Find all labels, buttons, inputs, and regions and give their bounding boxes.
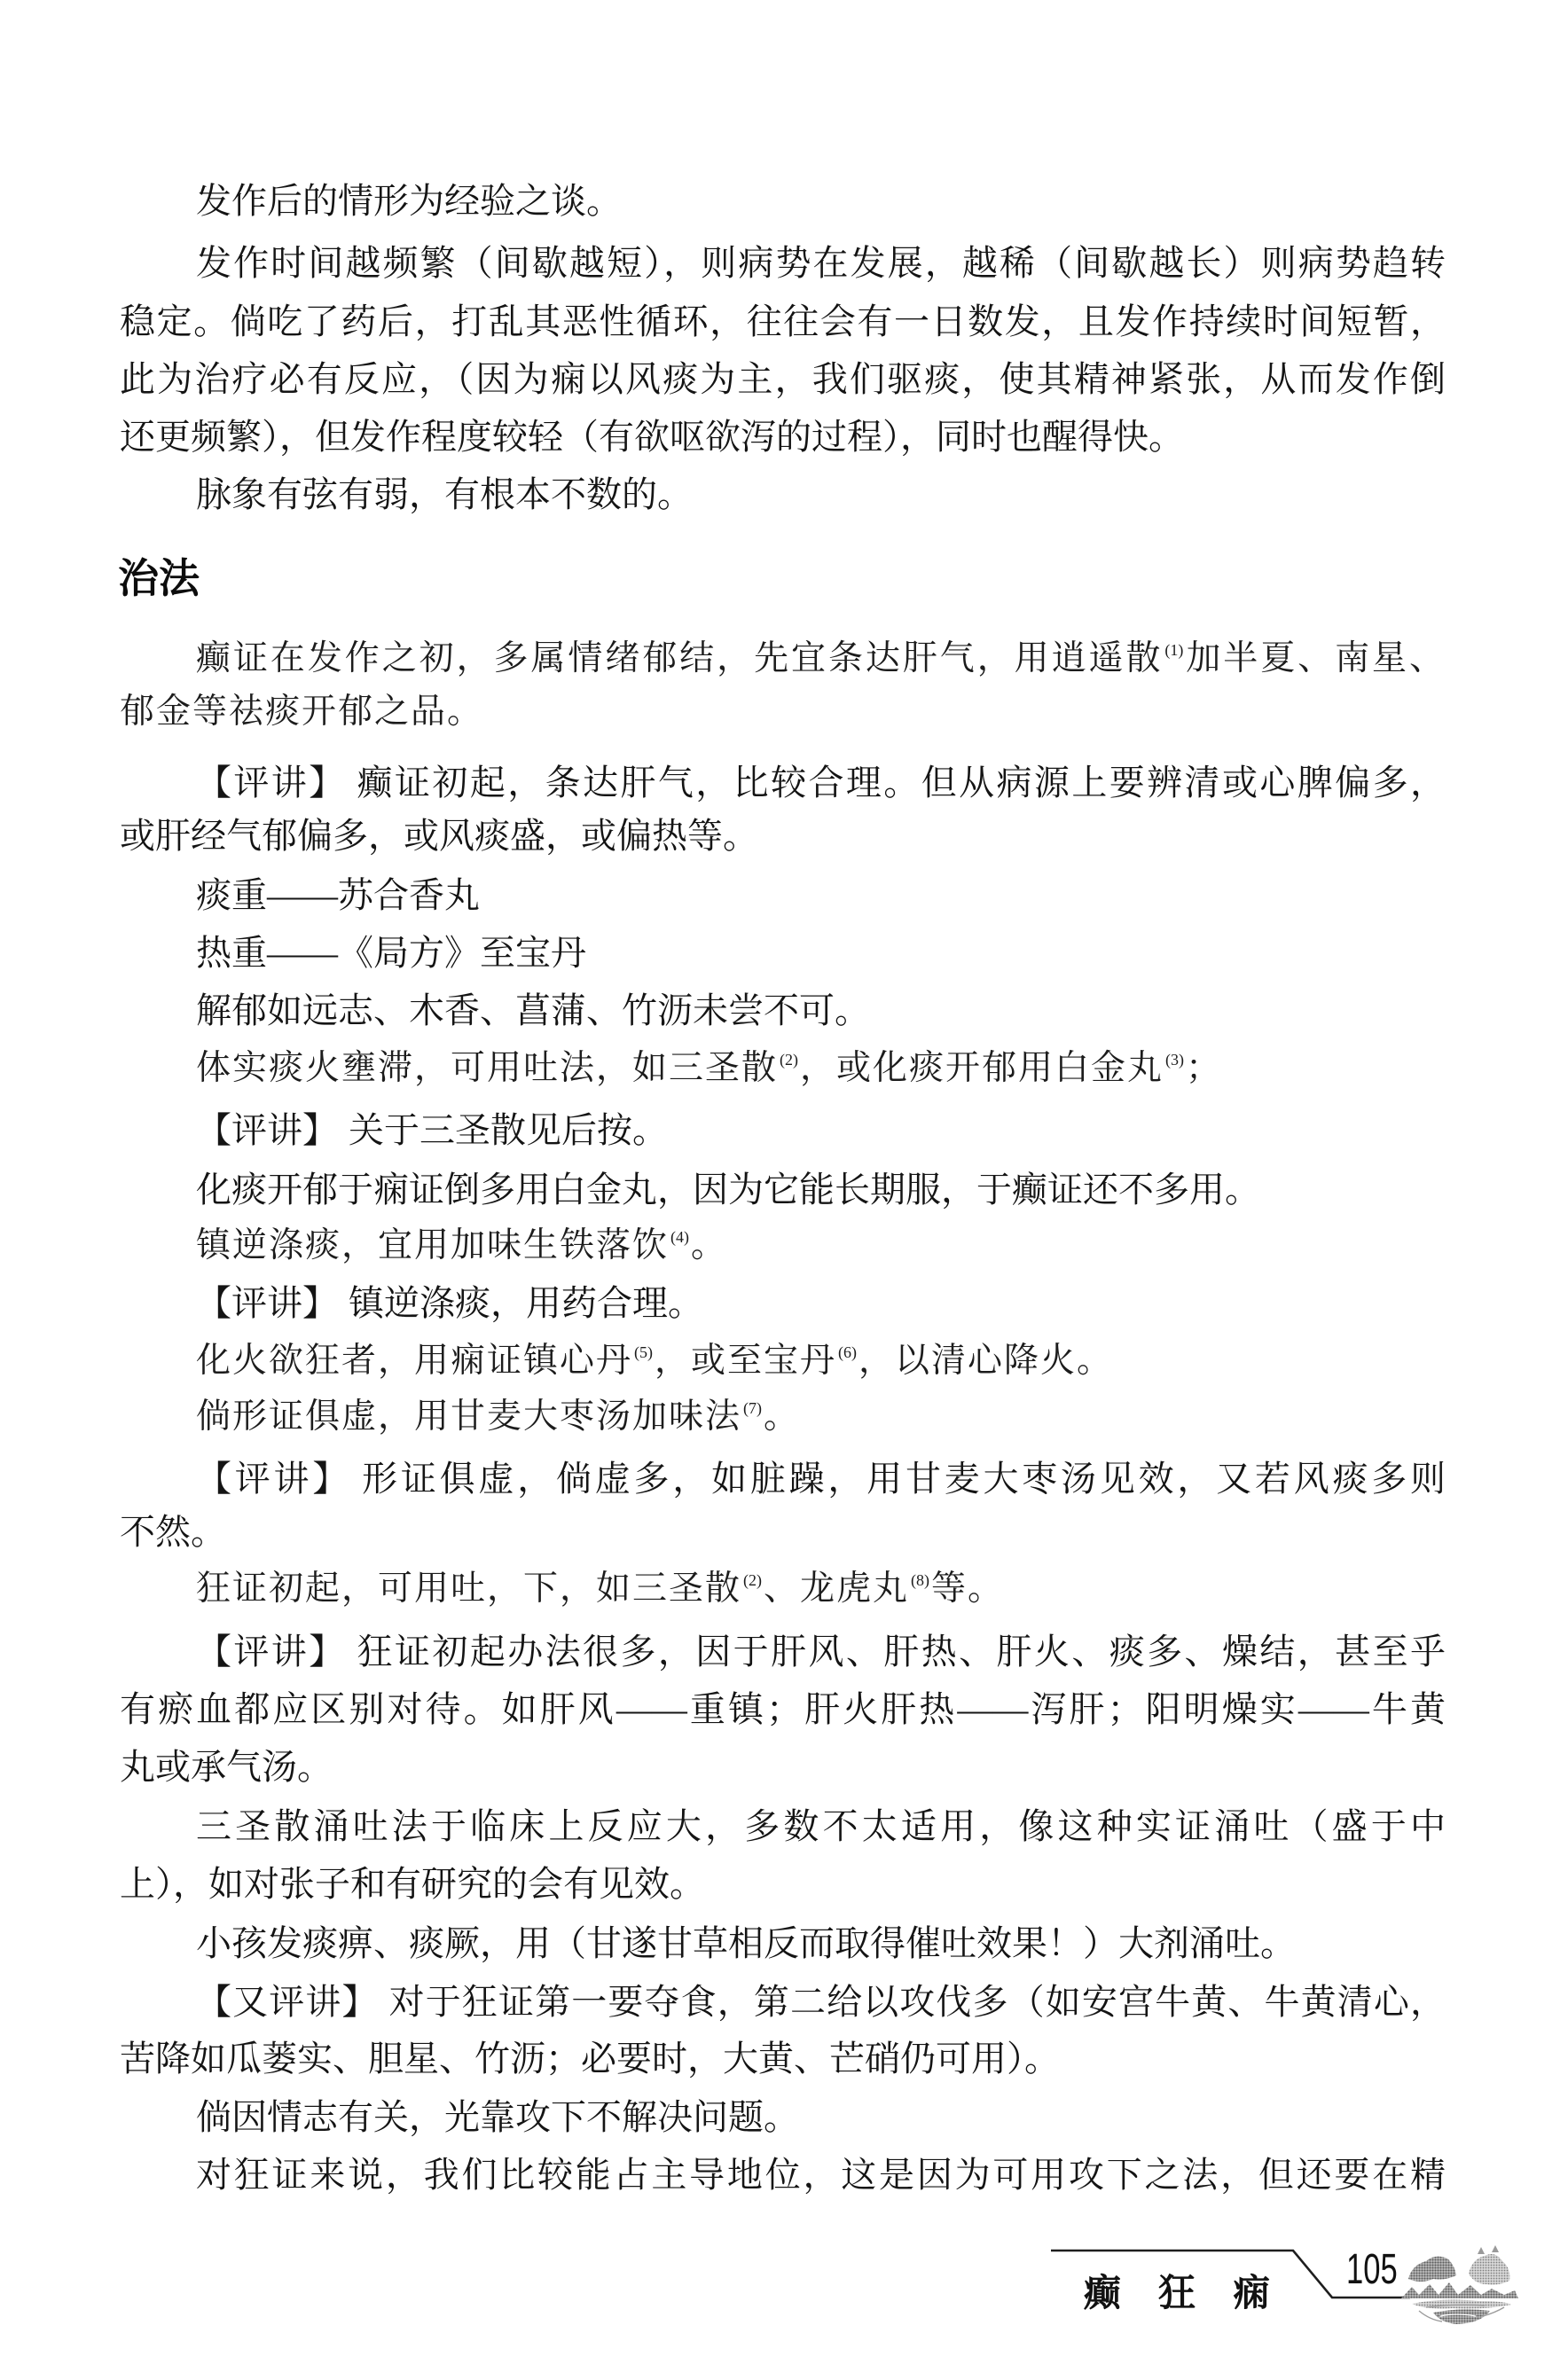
line-text: 三圣散涌吐法于临床上反应大，多数不太适用，像这种实证涌吐（盛于中 xyxy=(196,1806,1446,1846)
quoted-text-line: 体实痰火壅滞，可用吐法，如三圣散(2)，或化痰开郁用白金丸(3)； xyxy=(120,1042,1446,1095)
line-text: 稳定。倘吃了药后，打乱其恶性循环，往往会有一日数发，且发作持续时间短暂， xyxy=(120,301,1446,341)
line-text: 郁金等祛痰开郁之品。 xyxy=(120,692,483,732)
line-text: 不然。 xyxy=(120,1512,226,1552)
text-line: 发作后的情形为经验之谈。 xyxy=(120,175,1446,228)
comment-label: 【评讲】 xyxy=(196,1110,338,1150)
line-text: 倘因情志有关，光靠攻下不解决问题。 xyxy=(196,2097,799,2137)
footnote-ref[interactable]: (7) xyxy=(743,1399,762,1417)
footnote-ref[interactable]: (5) xyxy=(634,1343,653,1361)
comment-line: 【评讲】镇逆涤痰，用药合理。 xyxy=(120,1277,1446,1330)
line-text: ； xyxy=(1186,1048,1222,1088)
comment-line: 【评讲】关于三圣散见后按。 xyxy=(120,1104,1446,1157)
line-text: 脉象有弦有弱，有根本不数的。 xyxy=(196,474,693,514)
line-text: 化痰开郁于痫证倒多用白金丸，因为它能长期服，于癫证还不多用。 xyxy=(196,1170,1260,1210)
line-text: 狂证初起，可用吐，下，如三圣散 xyxy=(196,1569,741,1609)
line-text: ，以清心降火。 xyxy=(858,1341,1113,1381)
text-line: 丸或承气汤。 xyxy=(120,1741,1446,1794)
section-heading: 治法 xyxy=(118,552,200,605)
text-line: 解郁如远志、木香、菖蒲、竹沥未尝不可。 xyxy=(120,984,1446,1037)
text-line: 对狂证来说，我们比较能占主导地位，这是因为可用攻下之法，但还要在精 xyxy=(120,2149,1446,2202)
line-text: 对于狂证第一要夺食，第二给以攻伐多（如安宫牛黄、牛黄清心， xyxy=(389,1982,1446,2022)
line-text: 或肝经气郁偏多，或风痰盛，或偏热等。 xyxy=(120,816,758,856)
text-line: 三圣散涌吐法于临床上反应大，多数不太适用，像这种实证涌吐（盛于中 xyxy=(120,1800,1446,1853)
text-line: 热重——《局方》至宝丹 xyxy=(120,927,1446,980)
line-text: 、龙虎丸 xyxy=(764,1569,909,1609)
line-text: 等。 xyxy=(931,1569,1004,1609)
line-text: 体实痰火壅滞，可用吐法，如三圣散 xyxy=(196,1048,778,1088)
text-line: 发作时间越频繁（间歇越短），则病势在发展，越稀（间歇越长）则病势趋转 xyxy=(120,237,1446,290)
comment-label: 【评讲】 xyxy=(196,1459,351,1499)
text-line: 脉象有弦有弱，有根本不数的。 xyxy=(120,468,1446,521)
line-text: 关于三圣散见后按。 xyxy=(349,1110,668,1150)
footnote-ref[interactable]: (4) xyxy=(670,1228,689,1246)
quoted-text-line: 郁金等祛痰开郁之品。 xyxy=(120,685,1446,739)
line-text: 。 xyxy=(764,1397,800,1437)
comment-line: 【评讲】形证俱虚，倘虚多，如脏躁，用甘麦大枣汤见效，又若风痰多则 xyxy=(120,1452,1446,1506)
page-number: 105 xyxy=(1346,2249,1398,2291)
line-text: 对狂证来说，我们比较能占主导地位，这是因为可用攻下之法，但还要在精 xyxy=(196,2155,1446,2195)
line-text: 还更频繁），但发作程度较轻（有欲呕欲泻的过程），同时也醒得快。 xyxy=(120,417,1184,457)
comment-label: 【评讲】 xyxy=(196,1632,347,1671)
line-text: 有瘀血都应区别对待。如肝风——重镇；肝火肝热——泻肝；阳明燥实——牛黄 xyxy=(120,1689,1446,1729)
footnote-ref[interactable]: (6) xyxy=(838,1343,857,1361)
line-text: 倘形证俱虚，用甘麦大枣汤加味法 xyxy=(196,1397,741,1437)
text-line: 稳定。倘吃了药后，打乱其恶性循环，往往会有一日数发，且发作持续时间短暂， xyxy=(120,295,1446,348)
line-text: 镇逆涤痰，用药合理。 xyxy=(349,1283,703,1323)
text-line: 痰重——苏合香丸 xyxy=(120,869,1446,922)
comment-label: 【评讲】 xyxy=(196,1283,338,1323)
footnote-ref[interactable]: (2) xyxy=(780,1051,798,1069)
line-text: 丸或承气汤。 xyxy=(120,1747,333,1787)
line-text: 狂证初起办法很多，因于肝风、肝热、肝火、痰多、燥结，甚至乎 xyxy=(357,1632,1446,1671)
footnote-ref[interactable]: (1) xyxy=(1164,641,1183,659)
line-text: 镇逆涤痰，宜用加味生铁落饮 xyxy=(196,1225,669,1265)
line-text: 热重——《局方》至宝丹 xyxy=(196,933,586,973)
footnote-ref[interactable]: (8) xyxy=(911,1571,929,1589)
footnote-ref[interactable]: (3) xyxy=(1165,1051,1184,1069)
line-text: ，或至宝丹 xyxy=(655,1341,836,1381)
line-text: 癫证在发作之初，多属情绪郁结，先宜条达肝气，用逍遥散 xyxy=(196,638,1163,678)
footnote-ref[interactable]: (2) xyxy=(743,1571,762,1589)
quoted-text-line: 镇逆涤痰，宜用加味生铁落饮(4)。 xyxy=(120,1219,1446,1272)
landscape-vignette-icon xyxy=(1399,2245,1520,2327)
text-line: 苦降如瓜蒌实、胆星、竹沥；必要时，大黄、芒硝仍可用）。 xyxy=(120,2032,1446,2086)
text-line: 此为治疗必有反应，（因为痫以风痰为主，我们驱痰，使其精神紧张，从而发作倒 xyxy=(120,353,1446,406)
text-line: 还更频繁），但发作程度较轻（有欲呕欲泻的过程），同时也醒得快。 xyxy=(120,411,1446,464)
line-text: 上），如对张子和有研究的会有见效。 xyxy=(120,1864,705,1904)
line-text: 发作后的情形为经验之谈。 xyxy=(196,181,622,221)
book-page: 发作后的情形为经验之谈。 发作时间越频繁（间歇越短），则病势在发展，越稀（间歇越… xyxy=(0,0,1568,2380)
line-text: 解郁如远志、木香、菖蒲、竹沥未尝不可。 xyxy=(196,990,870,1030)
line-text: 小孩发痰痹、痰厥，用（甘遂甘草相反而取得催吐效果！）大剂涌吐。 xyxy=(196,1923,1296,1963)
comment-label: 【又评讲】 xyxy=(196,1982,379,2022)
comment-line: 【评讲】狂证初起办法很多，因于肝风、肝热、肝火、痰多、燥结，甚至乎 xyxy=(120,1625,1446,1679)
line-text: 发作时间越频繁（间歇越短），则病势在发展，越稀（间歇越长）则病势趋转 xyxy=(196,243,1446,283)
line-text: ，或化痰开郁用白金丸 xyxy=(800,1048,1164,1088)
running-title: 癫狂痫 xyxy=(1084,2271,1307,2315)
line-text: 癫证初起，条达肝气，比较合理。但从病源上要辨清或心脾偏多， xyxy=(357,763,1446,802)
quoted-text-line: 癫证在发作之初，多属情绪郁结，先宜条达肝气，用逍遥散(1)加半夏、南星、 xyxy=(120,632,1446,685)
text-line: 有瘀血都应区别对待。如肝风——重镇；肝火肝热——泻肝；阳明燥实——牛黄 xyxy=(120,1683,1446,1736)
text-line: 不然。 xyxy=(120,1506,1446,1559)
quoted-text-line: 化火欲狂者，用痫证镇心丹(5)，或至宝丹(6)，以清心降火。 xyxy=(120,1335,1446,1388)
quoted-text-line: 狂证初起，可用吐，下，如三圣散(2)、龙虎丸(8)等。 xyxy=(120,1562,1446,1616)
line-text: 。 xyxy=(691,1225,727,1265)
text-line: 化痰开郁于痫证倒多用白金丸，因为它能长期服，于癫证还不多用。 xyxy=(120,1163,1446,1217)
text-line: 倘因情志有关，光靠攻下不解决问题。 xyxy=(120,2091,1446,2144)
line-text: 形证俱虚，倘虚多，如脏躁，用甘麦大枣汤见效，又若风痰多则 xyxy=(362,1459,1446,1499)
line-text: 此为治疗必有反应，（因为痫以风痰为主，我们驱痰，使其精神紧张，从而发作倒 xyxy=(120,359,1446,399)
line-text: 化火欲狂者，用痫证镇心丹 xyxy=(196,1341,632,1381)
comment-line: 【又评讲】对于狂证第一要夺食，第二给以攻伐多（如安宫牛黄、牛黄清心， xyxy=(120,1976,1446,2029)
comment-line: 【评讲】癫证初起，条达肝气，比较合理。但从病源上要辨清或心脾偏多， xyxy=(120,756,1446,810)
text-line: 上），如对张子和有研究的会有见效。 xyxy=(120,1858,1446,1911)
text-line: 或肝经气郁偏多，或风痰盛，或偏热等。 xyxy=(120,810,1446,863)
comment-label: 【评讲】 xyxy=(196,763,347,802)
line-text: 加半夏、南星、 xyxy=(1185,638,1446,678)
text-line: 小孩发痰痹、痰厥，用（甘遂甘草相反而取得催吐效果！）大剂涌吐。 xyxy=(120,1917,1446,1970)
line-text: 痰重——苏合香丸 xyxy=(196,875,480,915)
quoted-text-line: 倘形证俱虚，用甘麦大枣汤加味法(7)。 xyxy=(120,1390,1446,1444)
line-text: 苦降如瓜蒌实、胆星、竹沥；必要时，大黄、芒硝仍可用）。 xyxy=(120,2039,1060,2079)
